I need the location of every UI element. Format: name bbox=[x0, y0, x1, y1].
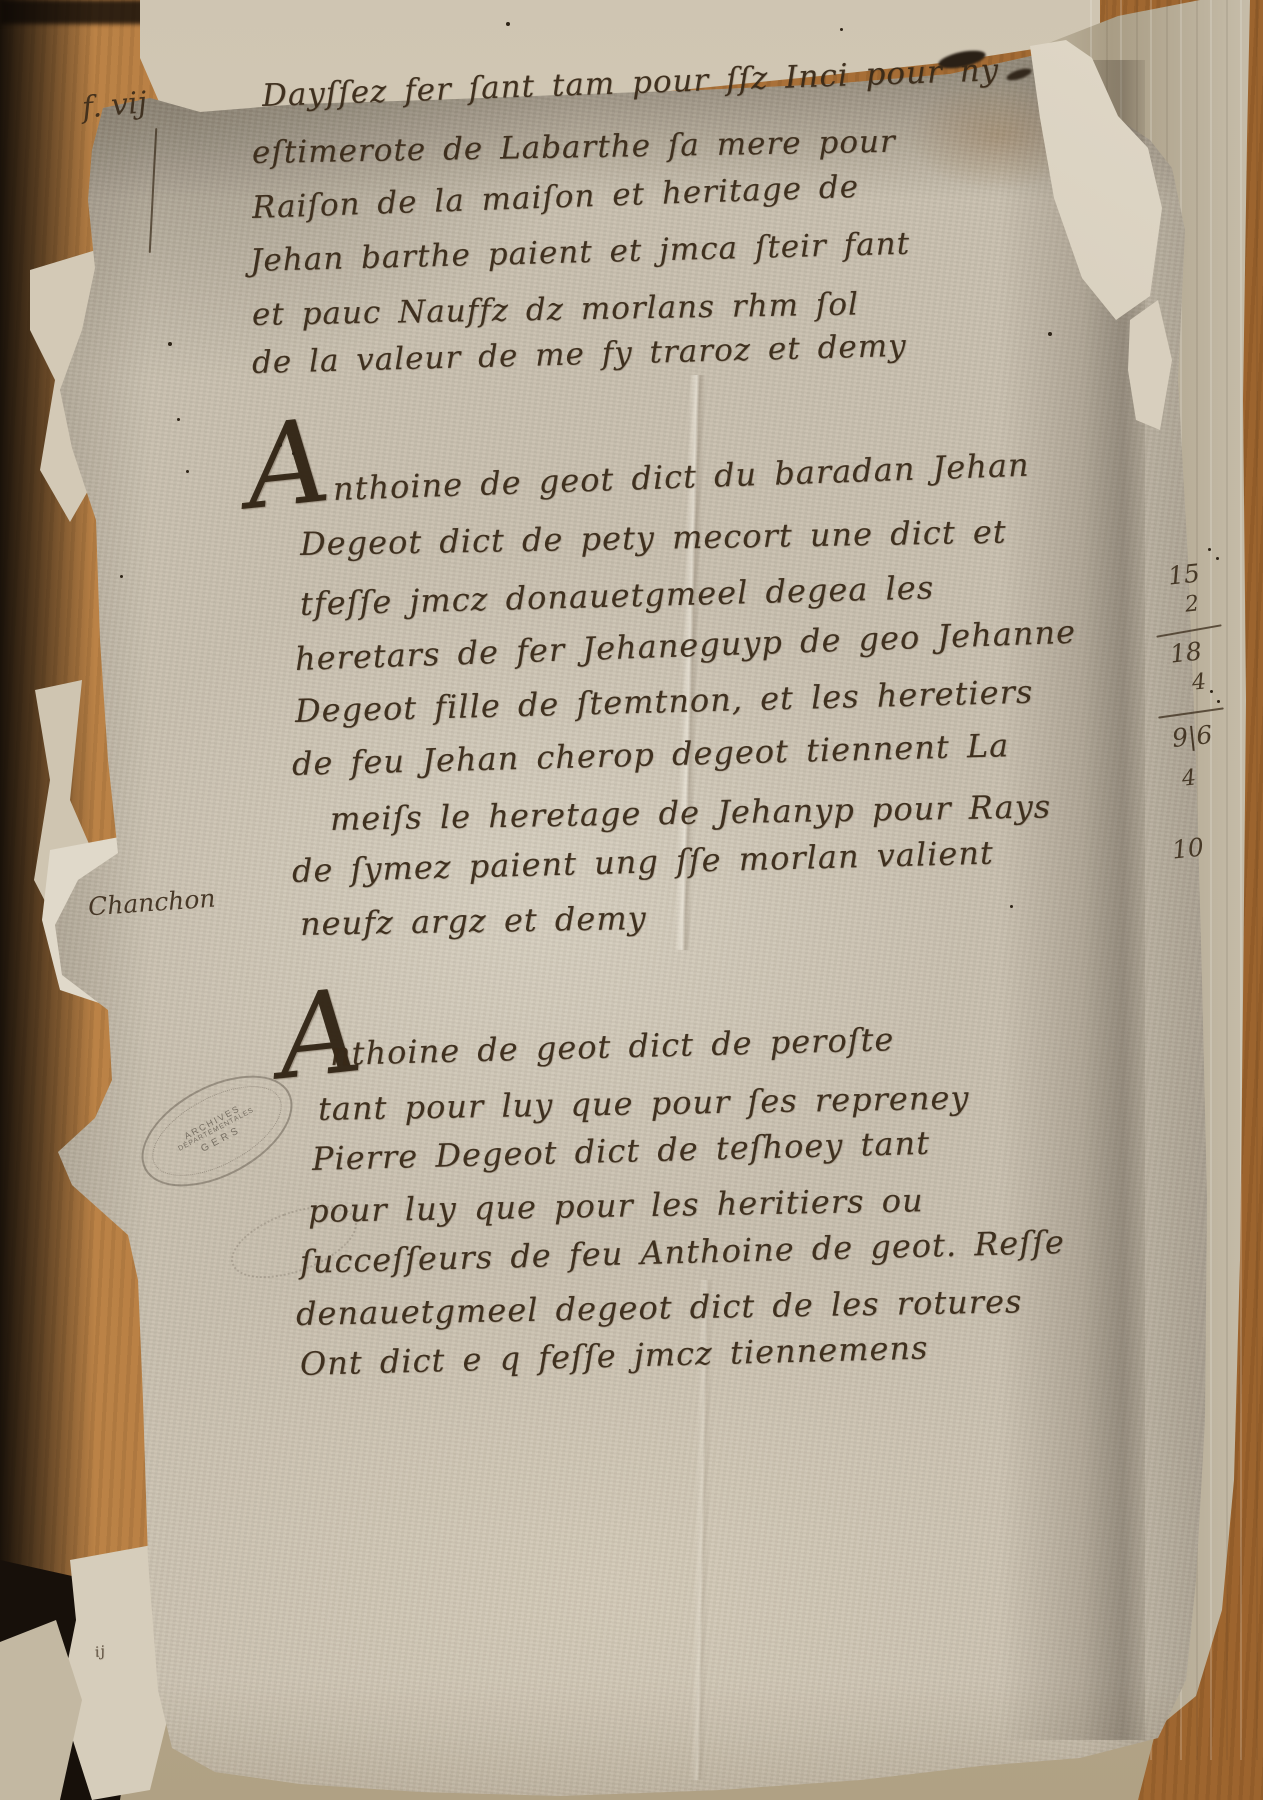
tally-dot bbox=[1217, 700, 1220, 703]
manuscript-line: neufz argz et demy bbox=[300, 899, 647, 943]
ink-speck bbox=[1010, 905, 1013, 908]
worm-hole bbox=[177, 418, 180, 421]
margin-figure: 9|6 bbox=[1171, 720, 1214, 753]
tally-dot bbox=[1210, 690, 1213, 693]
worm-hole bbox=[168, 342, 172, 346]
margin-figure: 4 bbox=[1181, 765, 1198, 791]
ink-speck bbox=[278, 443, 282, 447]
worm-hole bbox=[120, 575, 123, 578]
bottom-left-pen-mark: ij bbox=[94, 1643, 107, 1661]
tally-dot bbox=[1208, 548, 1211, 551]
ink-speck bbox=[840, 28, 843, 31]
ink-speck bbox=[506, 22, 510, 26]
margin-figure: 18 bbox=[1169, 636, 1204, 668]
margin-figure: 15 bbox=[1167, 558, 1202, 590]
initial-capital: A bbox=[240, 404, 335, 527]
margin-figure: 2 bbox=[1184, 591, 1201, 617]
ink-speck bbox=[1048, 332, 1052, 336]
ink-speck bbox=[292, 452, 295, 455]
folio-mark: f. vij bbox=[81, 85, 149, 126]
margin-figure: 10 bbox=[1171, 832, 1206, 864]
worm-hole bbox=[186, 470, 189, 473]
margin-figure: 4 bbox=[1191, 669, 1208, 695]
manuscript-photo: f. vij Chanchon Dayſſez fer ſant tam pou… bbox=[0, 0, 1263, 1800]
tally-dot bbox=[1216, 557, 1219, 560]
